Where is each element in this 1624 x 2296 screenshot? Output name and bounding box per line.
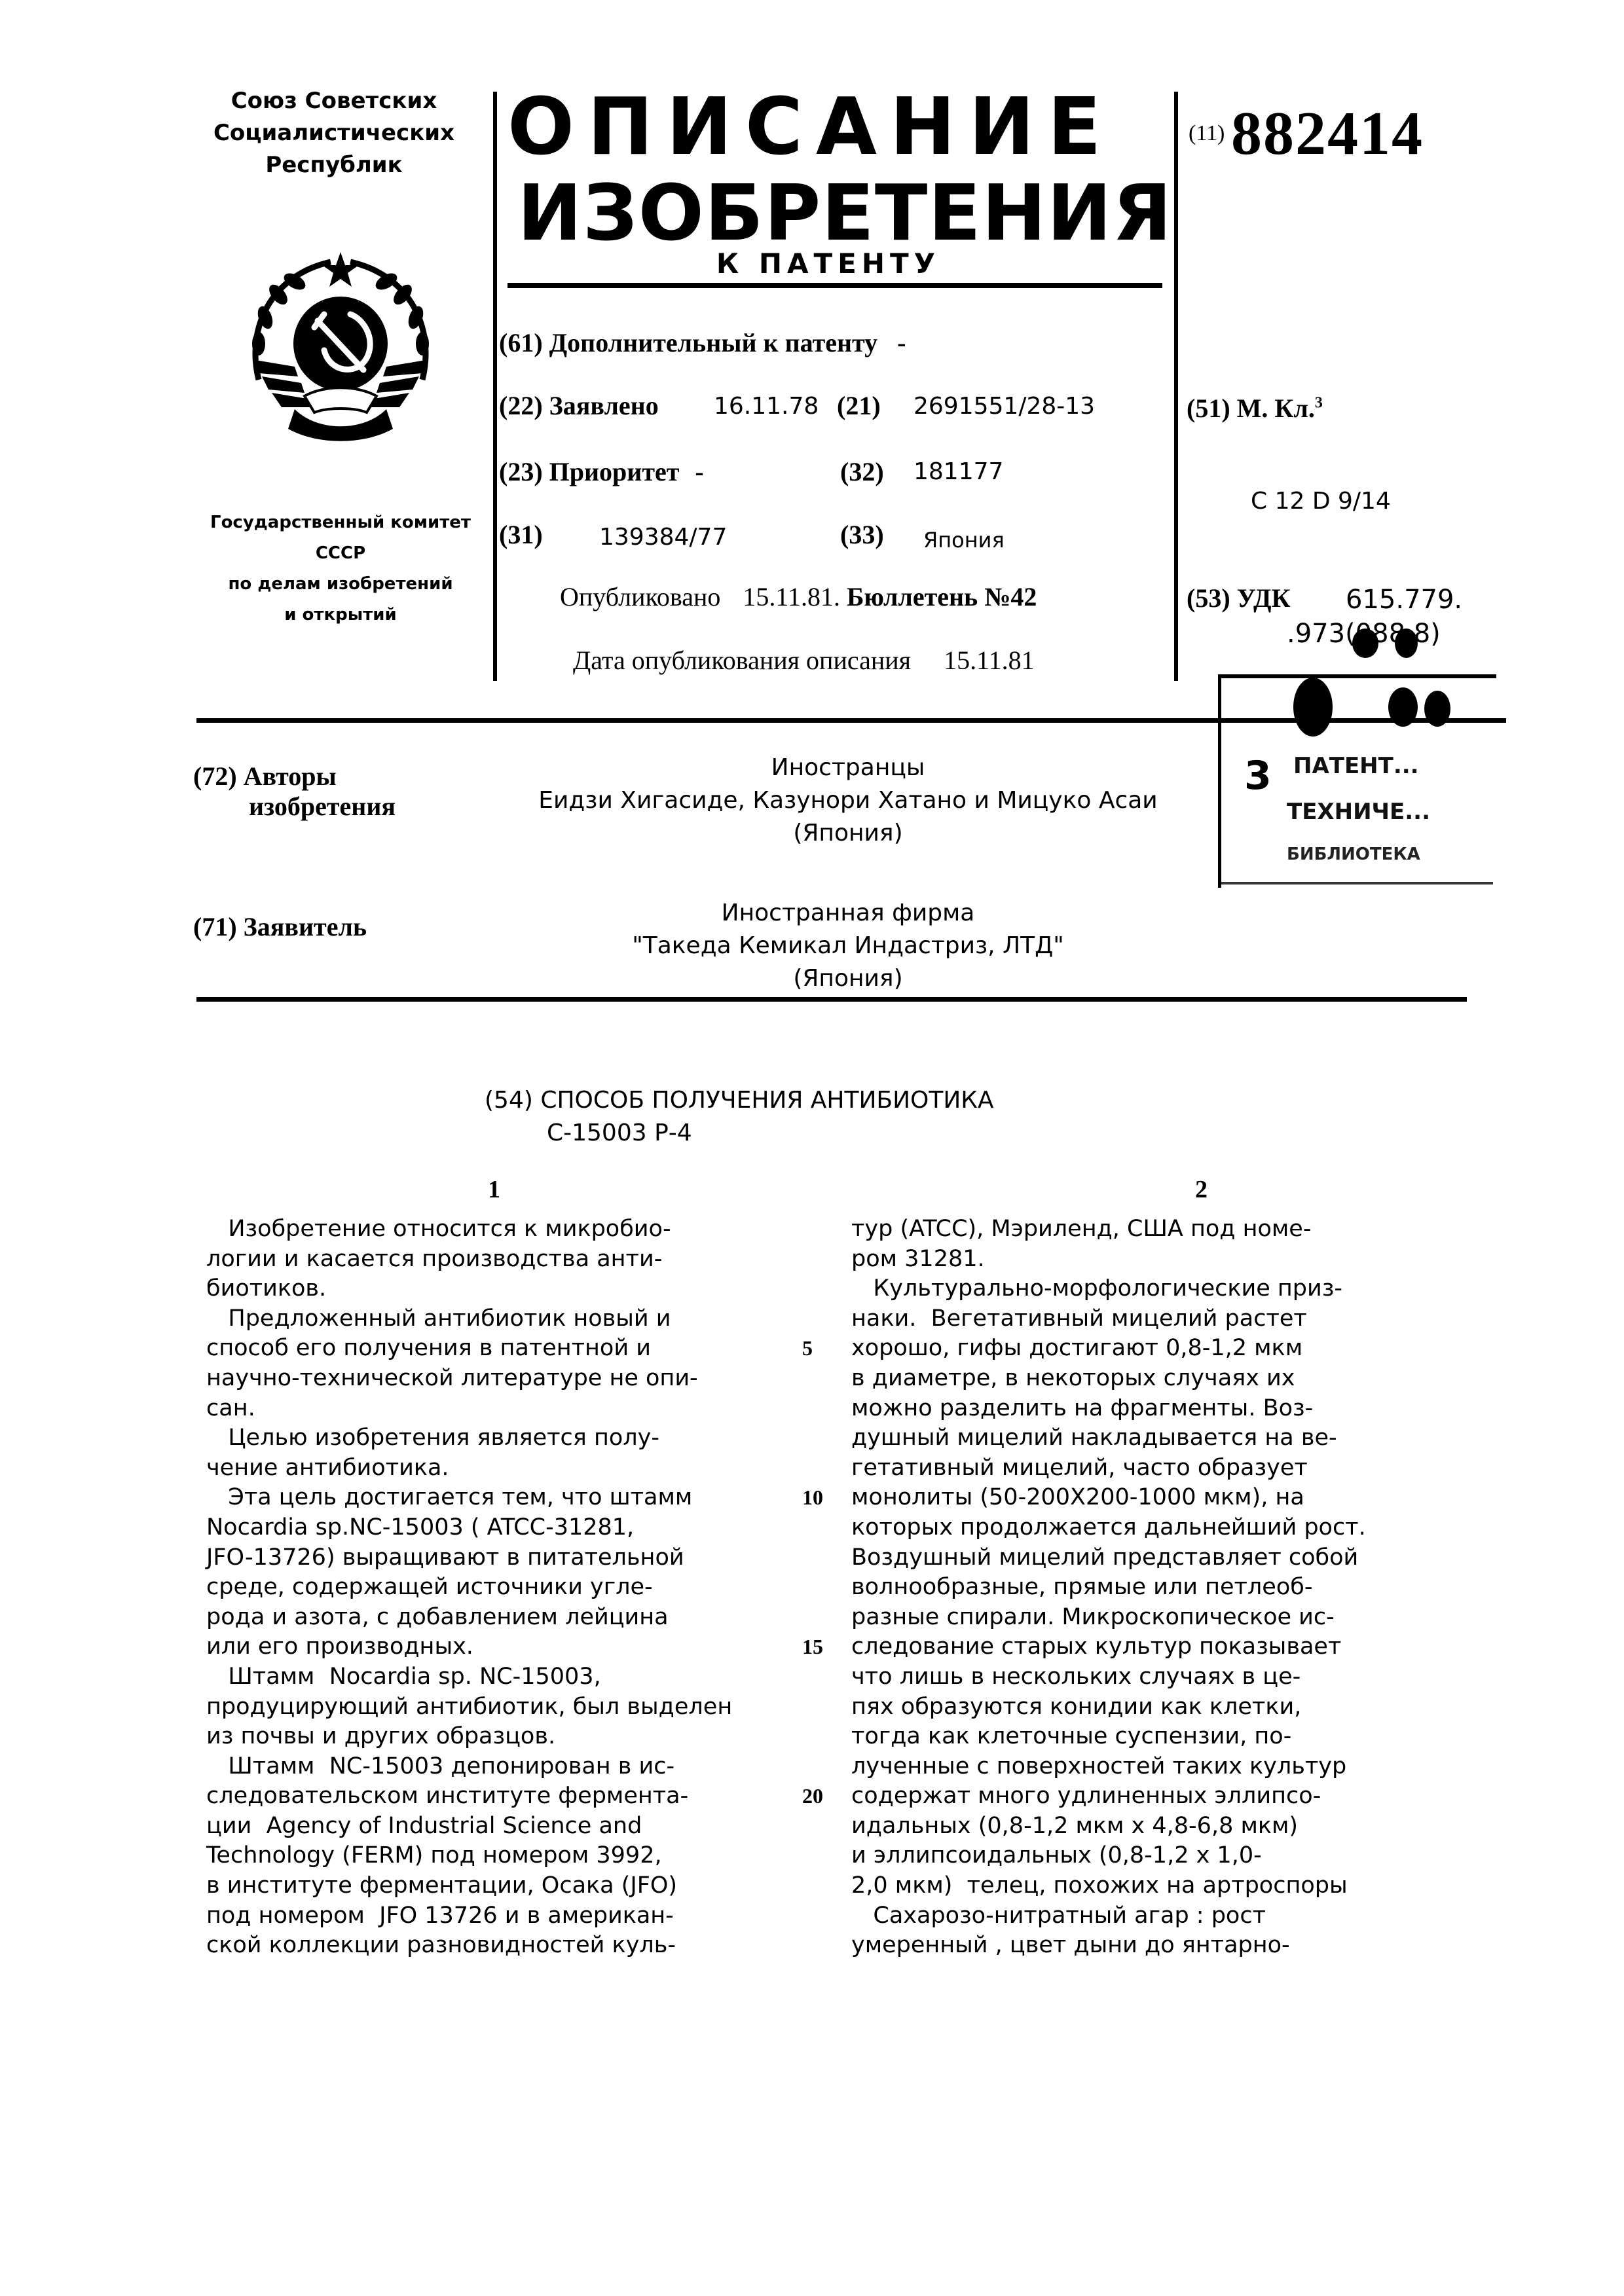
field-53-code: (53) [1187,583,1230,613]
document-title-line-1: ОПИСАНИЕ [507,82,1156,173]
description-date-label: Дата опубликования описания [573,646,911,675]
stamp-bottom-edge [1218,882,1493,884]
authors-label: (72) Авторы изобретения [193,761,396,822]
country-line-1: Союз Советских [196,85,471,117]
text-line: тур (ATCC), Мэриленд, США под номе- [851,1214,1480,1245]
line-number: 5 [802,1336,813,1360]
text-line: JFO-13726) выращивают в питательной [206,1543,809,1573]
field-51-label: М. Кл. [1237,393,1315,423]
document-subtitle: К ПАТЕНТУ [566,247,1090,280]
state-committee: Государственный комитет СССР по делам из… [196,507,485,630]
text-line: лученные с поверхностей таких культур [851,1752,1480,1782]
text-line: хорошо, гифы достигают 0,8-1,2 мкм [851,1334,1480,1364]
text-line: Штамм NC-15003 депонирован в ис- [206,1752,809,1782]
applicant-line-2: "Такеда Кемикал Индастриз, ЛТД" [498,930,1198,962]
text-line: среде, содержащей источники угле- [206,1573,809,1603]
text-line: волнообразные, прямые или петлеоб- [851,1573,1480,1603]
text-line: Штамм Nocardia sp. NC-15003, [206,1662,809,1692]
text-line: рода и азота, с добавлением лейцина [206,1603,809,1633]
stamp-line-3: БИБЛИОТЕКА [1287,845,1420,864]
text-line: ром 31281. [851,1245,1480,1275]
text-line: чение антибиотика. [206,1453,809,1484]
text-line: в институте ферментации, Осака (JFO) [206,1871,809,1901]
committee-line-1: Государственный комитет [196,507,485,538]
text-line: и эллипсоидальных (0,8-1,2 х 1,0- [851,1841,1480,1871]
ussr-emblem-icon [232,236,449,452]
field-32-value: 181177 [913,458,1003,485]
field-53: (53) УДК [1187,583,1290,613]
text-line: Nocardia sp.NC-15003 ( ATCC-31281, [206,1513,809,1543]
text-line: Воздушный мицелий представляет собой [851,1543,1480,1573]
line-number: 20 [802,1784,823,1808]
text-line: Сахарозо-нитратный агар : рост [851,1901,1480,1931]
title-underline [507,283,1162,288]
right-divider [1174,92,1178,681]
left-divider [493,92,497,681]
description-date: Дата опубликования описания 15.11.81 [573,645,1035,676]
text-line: душный мицелий накладывается на ве- [851,1423,1480,1453]
field-51-superscript: 3 [1315,395,1323,412]
authors-line-1: Иностранцы [498,752,1198,784]
authors-list: Иностранцы Еидзи Хигасиде, Казунори Хата… [498,752,1198,850]
field-51-value: C 12 D 9/14 [1251,488,1391,515]
text-line: ской коллекции разновидностей куль- [206,1931,809,1961]
field-61-value: - [897,328,906,357]
text-line: умеренный , цвет дыни до янтарно- [851,1931,1480,1961]
text-line: Эта цель достигается тем, что штамм [206,1483,809,1513]
committee-line-2: СССР [196,538,485,569]
field-51-code: (51) [1187,393,1230,423]
field-53-label: УДК [1237,583,1291,613]
text-line: идальных (0,8-1,2 мкм х 4,8-6,8 мкм) [851,1812,1480,1842]
country-name: Союз Советских Социалистических Республи… [196,85,471,181]
ink-blot [1395,629,1418,658]
text-line: можно разделить на фрагменты. Воз- [851,1394,1480,1424]
bulletin-number: Бюллетень №42 [847,582,1037,611]
text-line: способ его получения в патентной и [206,1334,809,1364]
field-23: (23) Приоритет - [499,456,704,487]
stamp-number: 3 [1244,753,1272,799]
published-label: Опубликовано [560,582,720,611]
applicant-line-1: Иностранная фирма [498,897,1198,930]
document-title-line-2: ИЗОБРЕТЕНИЯ [517,167,1166,259]
invention-title-line-1: (54) СПОСОБ ПОЛУЧЕНИЯ АНТИБИОТИКА [485,1087,993,1114]
applicant-label: (71) Заявитель [193,912,367,942]
ink-blot [1424,691,1450,727]
text-line: под номером JFO 13726 и в американ- [206,1901,809,1931]
field-22-code: (22) [499,391,543,420]
line-number: 10 [802,1485,823,1510]
text-line: в диаметре, в некоторых случаях их [851,1364,1480,1394]
column-1-number: 1 [488,1175,500,1204]
field-22-value: 16.11.78 [714,393,819,420]
applicant-info: Иностранная фирма "Такеда Кемикал Индаст… [498,897,1198,995]
authors-line-3: (Япония) [498,817,1198,850]
text-line: которых продолжается дальнейший рост. [851,1513,1480,1543]
text-line: Культурально-морфологические приз- [851,1274,1480,1304]
column-2-number: 2 [1195,1175,1208,1204]
field-31-value: 139384/77 [599,524,727,551]
text-line: что лишь в нескольких случаях в це- [851,1662,1480,1692]
text-line: биотиков. [206,1274,809,1304]
field-23-value: - [695,457,703,486]
text-line: из почвы и других образцов. [206,1722,809,1752]
text-line: монолиты (50-200Х200-1000 мкм), на [851,1483,1480,1513]
text-line: научно-технической литературе не опи- [206,1364,809,1394]
applicant-separator [196,997,1467,1002]
field-51: (51) М. Кл.3 [1187,393,1323,424]
patent-number: 882414 [1231,98,1424,169]
invention-title-line-2: С-15003 Р-4 [547,1120,692,1146]
published-date: 15.11.81. [743,582,840,611]
field-23-code: (23) [499,457,543,486]
applicant-code: (71) [193,912,237,941]
field-32-code: (32) [840,456,884,487]
field-21-code: (21) [837,390,881,421]
field-22-label: Заявлено [549,391,659,420]
text-line: или его производных. [206,1632,809,1662]
text-line: Technology (FERM) под номером 3992, [206,1841,809,1871]
text-line: следование старых культур показывает [851,1632,1480,1662]
line-number: 15 [802,1635,823,1659]
text-line: Изобретение относится к микробио- [206,1214,809,1245]
stamp-line-2: ТЕХНИЧЕ... [1287,799,1430,825]
field-53-value-1: 615.779. [1346,585,1462,615]
field-61: (61) Дополнительный к патенту - [499,327,906,358]
text-line: сан. [206,1394,809,1424]
text-line: Предложенный антибиотик новый и [206,1304,809,1334]
column-2-text: тур (ATCC), Мэриленд, США под номе-ром 3… [851,1214,1480,1961]
description-date-value: 15.11.81 [944,646,1035,675]
text-line: разные спирали. Микроскопическое ис- [851,1603,1480,1633]
field-33-code: (33) [840,519,884,550]
text-line: ции Agency of Industrial Science and [206,1812,809,1842]
authors-label-2: изобретения [193,792,396,822]
text-line: гетативный мицелий, часто образует [851,1453,1480,1484]
text-line: пях образуются конидии как клетки, [851,1692,1480,1722]
text-line: содержат много удлиненных эллипсо- [851,1781,1480,1812]
stamp-line-1: ПАТЕНТ... [1293,753,1419,779]
text-line: Целью изобретения является полу- [206,1423,809,1453]
field-61-label: Дополнительный к патенту [549,328,878,357]
authors-line-2: Еидзи Хигасиде, Казунори Хатано и Мицуко… [498,784,1198,817]
text-line: наки. Вегетативный мицелий растет [851,1304,1480,1334]
text-line: логии и касается производства анти- [206,1245,809,1275]
text-line: 2,0 мкм) телец, похожих на артроспоры [851,1871,1480,1901]
committee-line-4: и открытий [196,600,485,630]
applicant-label-text: Заявитель [244,912,367,941]
country-line-2: Социалистических [196,117,471,149]
ink-blot [1352,629,1378,658]
ink-blot [1388,687,1418,727]
patent-number-code: (11) [1189,121,1225,146]
text-line: продуцирующий антибиотик, был выделен [206,1692,809,1722]
field-22: (22) Заявлено [499,390,659,421]
authors-code: (72) [193,761,237,791]
field-33-value: Япония [923,528,1005,553]
column-1-text: Изобретение относится к микробио-логии и… [206,1214,809,1961]
committee-line-3: по делам изобретений [196,569,485,600]
applicant-line-3: (Япония) [498,962,1198,995]
field-61-code: (61) [499,328,543,357]
ink-blot [1293,678,1333,737]
published: Опубликовано 15.11.81. Бюллетень №42 [560,581,1037,612]
field-23-label: Приоритет [549,457,680,486]
text-line: тогда как клеточные суспензии, по- [851,1722,1480,1752]
field-31-code: (31) [499,519,543,550]
authors-label-1: Авторы [244,761,337,791]
country-line-3: Республик [196,149,471,181]
text-line: следовательском институте фермента- [206,1781,809,1812]
field-21-value: 2691551/28-13 [913,393,1095,420]
